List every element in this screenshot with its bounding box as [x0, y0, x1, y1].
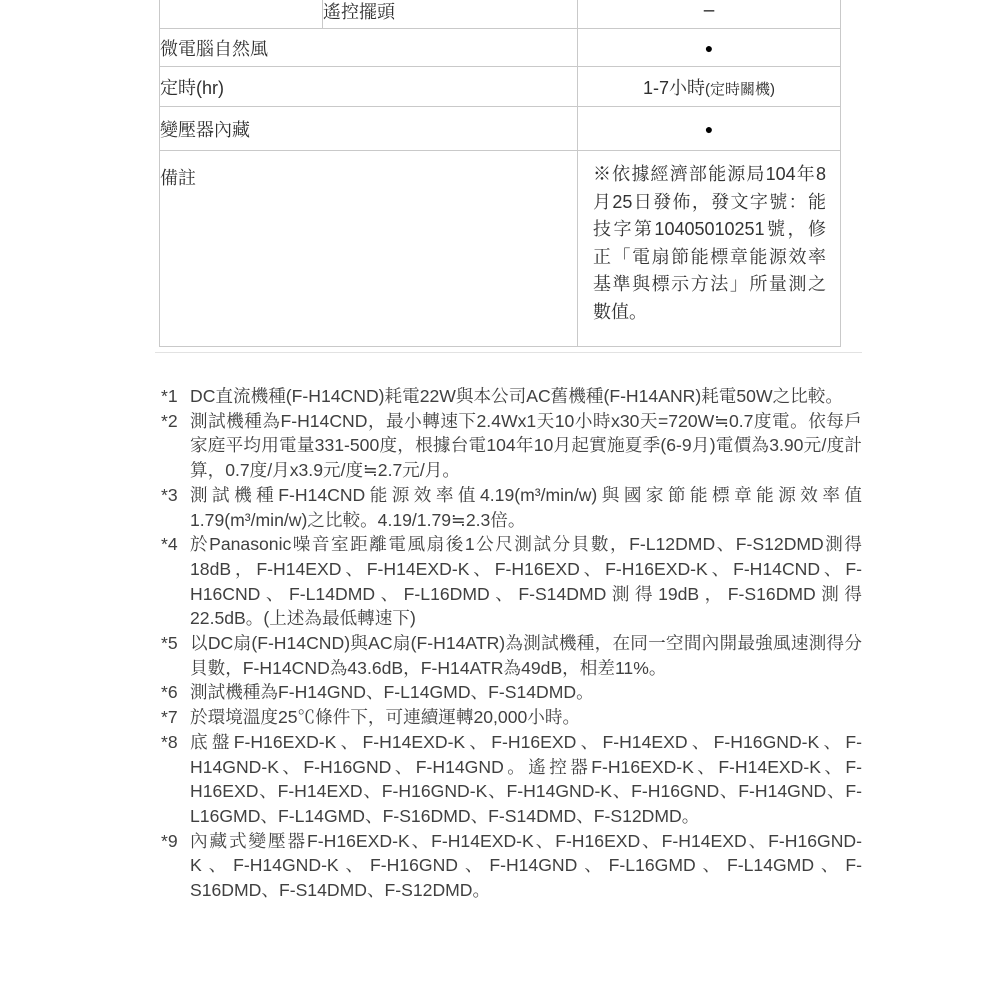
footnote-item: *2 測試機種為F-H14CND，最小轉速下2.4Wx1天10小時x30天=72…	[161, 409, 862, 483]
footnote-item: *9 內藏式變壓器F-H16EXD-K、F-H14EXD-K、F-H16EXD、…	[161, 829, 862, 903]
dash-indicator: –	[704, 0, 715, 21]
footnote-marker: *7	[161, 705, 190, 730]
filled-circle-indicator: ●	[705, 121, 713, 137]
timer-value-note: (定時關機)	[705, 81, 775, 98]
spec-value: 1-7小時(定時關機)	[578, 67, 841, 107]
product-spec-page: 遙控擺頭 – 微電腦自然風 ● 定時(hr) 1-7小時(定時關機) 變壓器內藏…	[0, 0, 1000, 1000]
footnote-text: 測試機種為F-H14CND，最小轉速下2.4Wx1天10小時x30天=720W≒…	[190, 409, 862, 483]
spec-row-remote-oscillation: 遙控擺頭 –	[160, 0, 841, 29]
footnote-text: 於Panasonic噪音室距離電風扇後1公尺測試分貝數，F-L12DMD、F-S…	[190, 532, 862, 631]
footnote-item: *3 測試機種F-H14CND能源效率值4.19(m³/min/w)與國家節能標…	[161, 483, 862, 532]
spec-row-built-in-transformer: 變壓器內藏 ●	[160, 107, 841, 151]
filled-circle-indicator: ●	[705, 40, 713, 56]
footnote-marker: *2	[161, 409, 190, 483]
spec-value: ※依據經濟部能源局104年8月25日發佈，發文字號：能技字第1040501025…	[578, 151, 841, 347]
footnote-text: 內藏式變壓器F-H16EXD-K、F-H14EXD-K、F-H16EXD、F-H…	[190, 829, 862, 903]
footnote-text: 測試機種F-H14CND能源效率值4.19(m³/min/w)與國家節能標章能源…	[190, 483, 862, 532]
footnote-marker: *9	[161, 829, 190, 903]
footnote-item: *7 於環境溫度25℃條件下，可連續運轉20,000小時。	[161, 705, 862, 730]
spec-row-remarks: 備註 ※依據經濟部能源局104年8月25日發佈，發文字號：能技字第1040501…	[160, 151, 841, 347]
spec-label: 遙控擺頭	[323, 0, 578, 29]
footnote-marker: *3	[161, 483, 190, 532]
spec-value: ●	[578, 107, 841, 151]
footnote-text: 底盤F-H16EXD-K、F-H14EXD-K、F-H16EXD、F-H14EX…	[190, 730, 862, 829]
spec-label: 變壓器內藏	[160, 107, 578, 151]
footnote-marker: *6	[161, 680, 190, 705]
divider-line	[155, 352, 862, 353]
footnotes-section: *1 DC直流機種(F-H14CND)耗電22W與本公司AC舊機種(F-H14A…	[161, 384, 862, 903]
spec-category-cell	[160, 0, 323, 29]
footnote-marker: *1	[161, 384, 190, 409]
footnote-text: DC直流機種(F-H14CND)耗電22W與本公司AC舊機種(F-H14ANR)…	[190, 384, 862, 409]
spec-value: –	[578, 0, 841, 29]
spec-label: 微電腦自然風	[160, 29, 578, 67]
footnote-marker: *5	[161, 631, 190, 680]
timer-value: 1-7小時	[643, 78, 705, 98]
spec-table: 遙控擺頭 – 微電腦自然風 ● 定時(hr) 1-7小時(定時關機) 變壓器內藏…	[159, 0, 841, 347]
footnote-marker: *4	[161, 532, 190, 631]
spec-row-timer: 定時(hr) 1-7小時(定時關機)	[160, 67, 841, 107]
spec-row-natural-wind: 微電腦自然風 ●	[160, 29, 841, 67]
footnote-text: 測試機種為F-H14GND、F-L14GMD、F-S14DMD。	[190, 680, 862, 705]
footnote-item: *1 DC直流機種(F-H14CND)耗電22W與本公司AC舊機種(F-H14A…	[161, 384, 862, 409]
footnote-item: *5 以DC扇(F-H14CND)與AC扇(F-H14ATR)為測試機種，在同一…	[161, 631, 862, 680]
footnote-item: *8 底盤F-H16EXD-K、F-H14EXD-K、F-H16EXD、F-H1…	[161, 730, 862, 829]
footnote-text: 以DC扇(F-H14CND)與AC扇(F-H14ATR)為測試機種，在同一空間內…	[190, 631, 862, 680]
footnote-text: 於環境溫度25℃條件下，可連續運轉20,000小時。	[190, 705, 862, 730]
footnote-item: *6 測試機種為F-H14GND、F-L14GMD、F-S14DMD。	[161, 680, 862, 705]
spec-label: 定時(hr)	[160, 67, 578, 107]
spec-value: ●	[578, 29, 841, 67]
remarks-text: ※依據經濟部能源局104年8月25日發佈，發文字號：能技字第1040501025…	[593, 161, 826, 326]
spec-label: 備註	[160, 151, 578, 347]
footnote-marker: *8	[161, 730, 190, 829]
footnote-item: *4 於Panasonic噪音室距離電風扇後1公尺測試分貝數，F-L12DMD、…	[161, 532, 862, 631]
